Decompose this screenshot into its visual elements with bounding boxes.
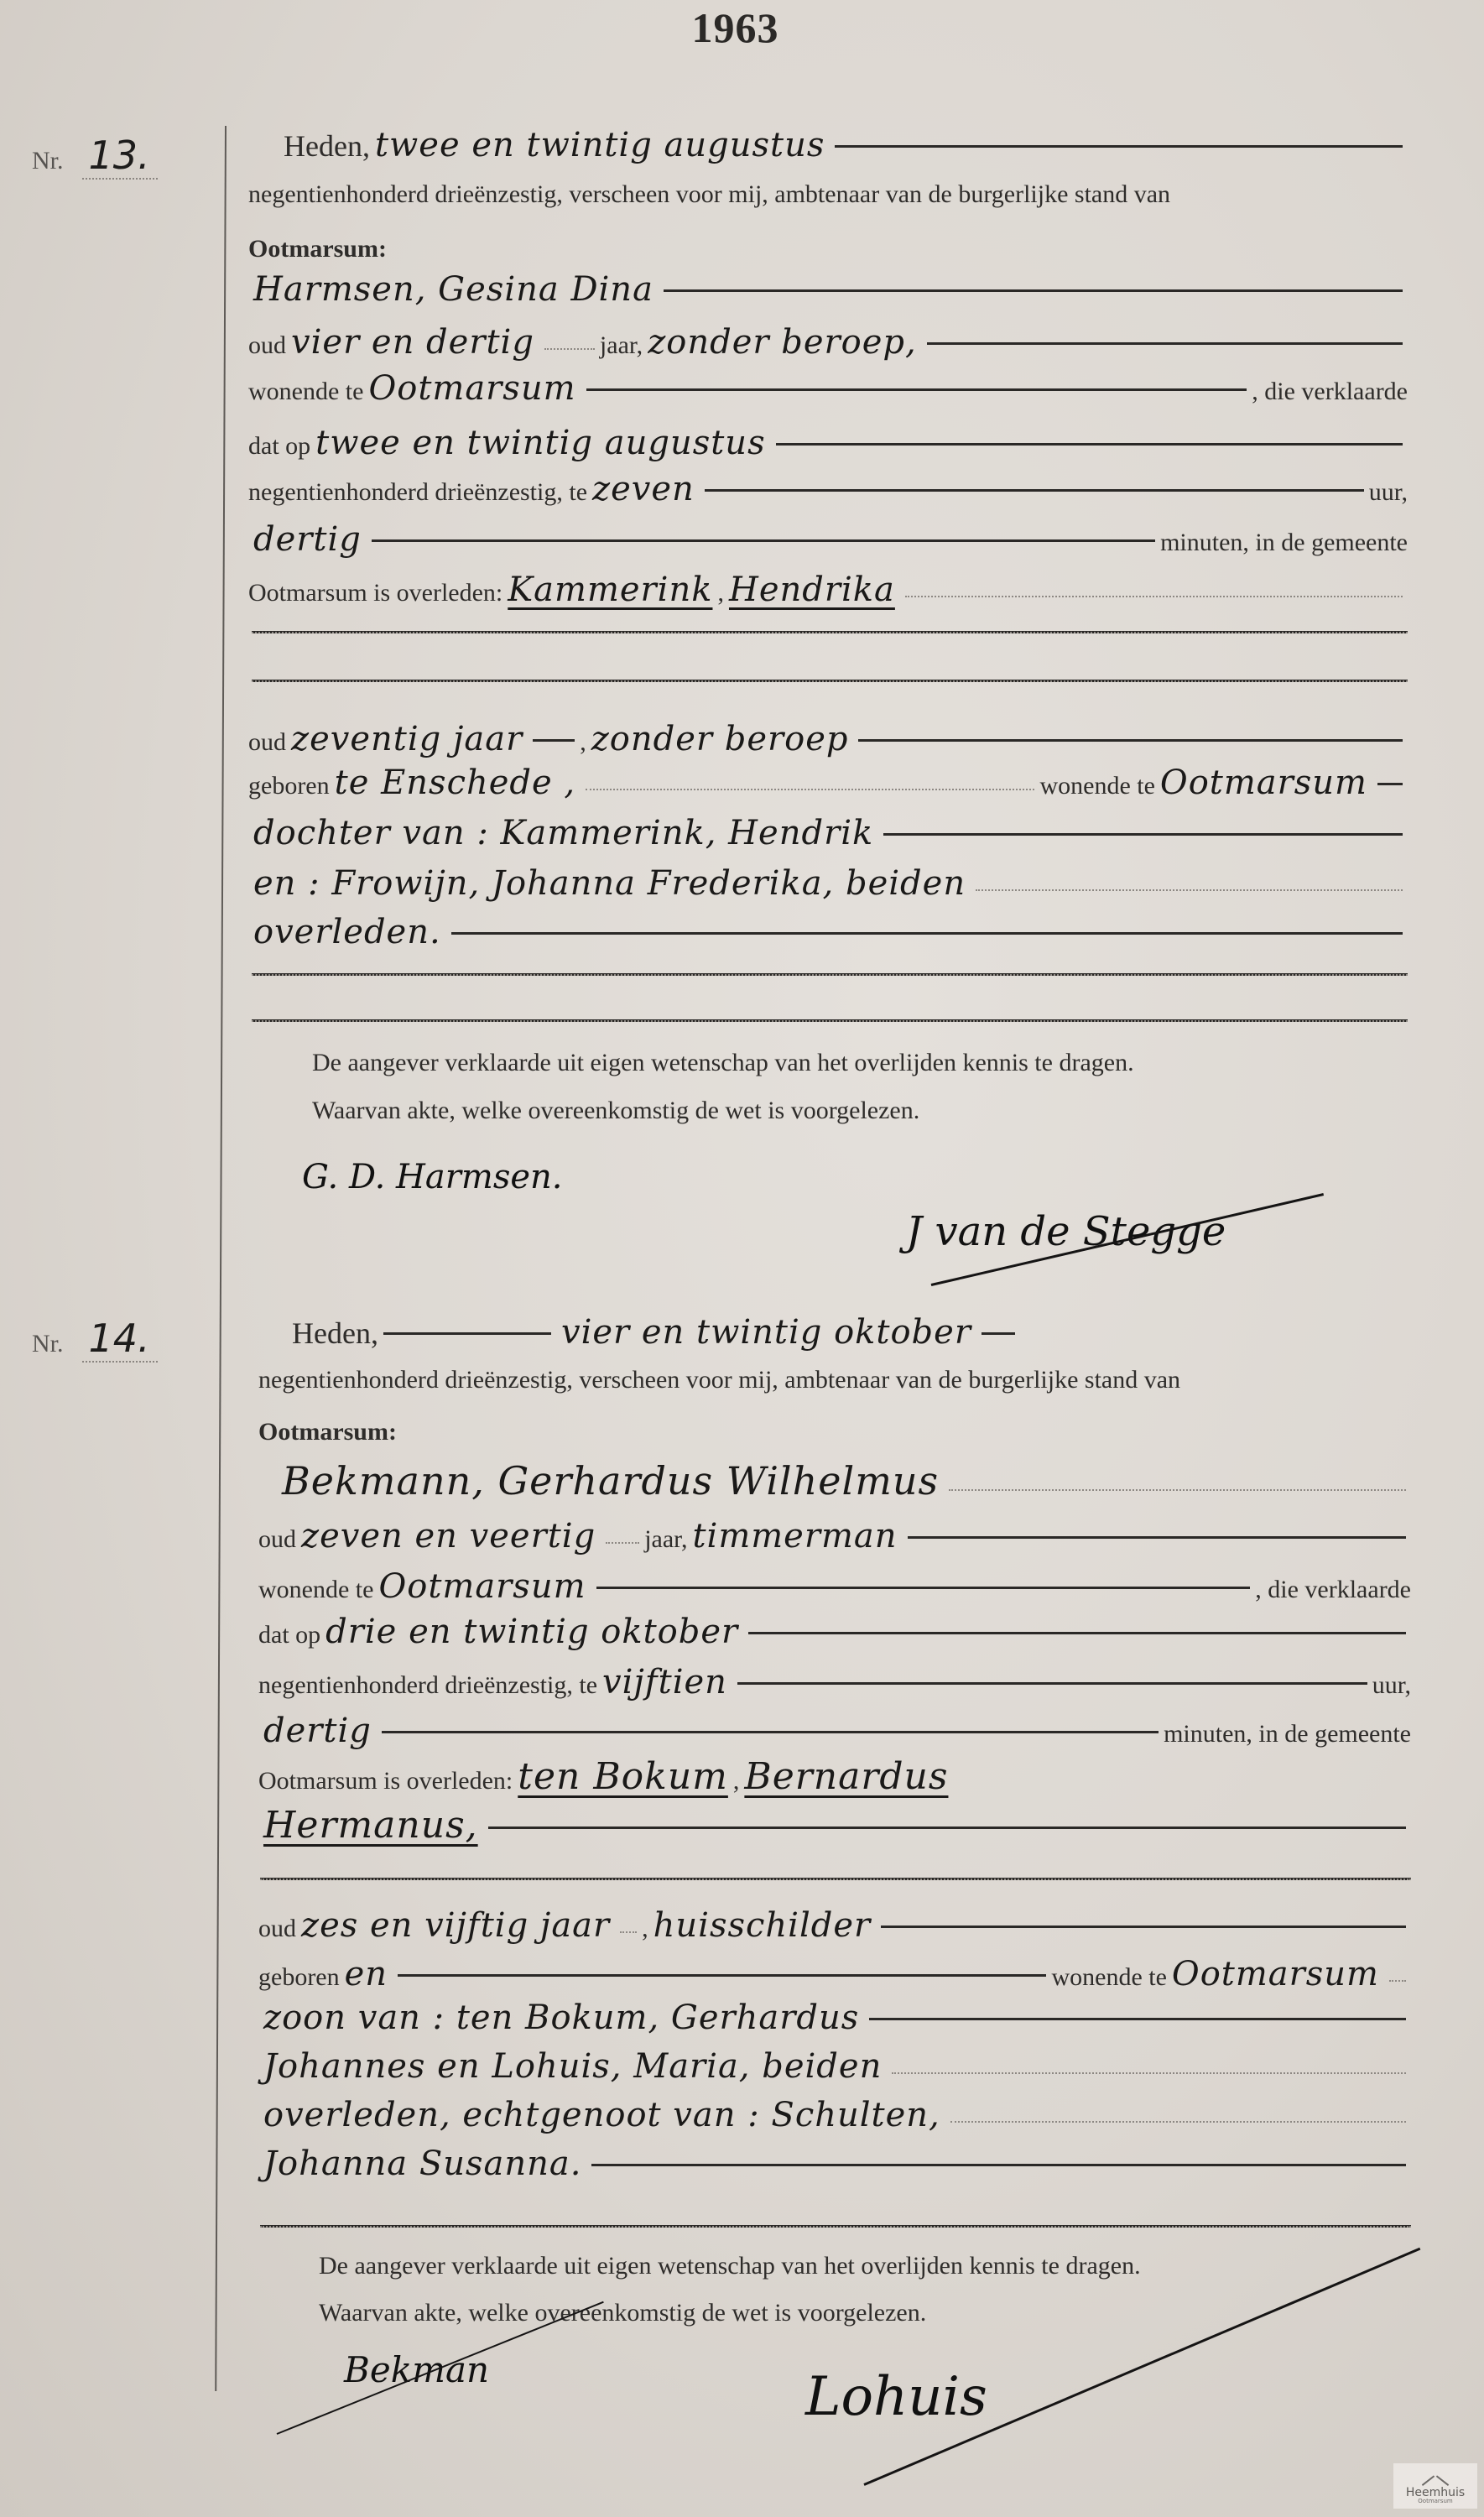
deceased-age-line: oud zes en vijftig jaar , huisschilder — [258, 1906, 1411, 1945]
deceased-age: zeventig jaar — [286, 720, 528, 758]
fill-line — [869, 2018, 1406, 2020]
dots — [620, 1931, 637, 1933]
fill-line — [858, 739, 1403, 742]
fill-line — [488, 1827, 1406, 1829]
die-verklaarde-label: , die verklaarde — [1252, 378, 1408, 406]
blank-rule — [252, 680, 1408, 682]
uur-label: uur, — [1372, 1671, 1411, 1700]
parents-text-2: en : Frowijn, Johanna Frederika, beiden — [248, 864, 971, 903]
verscheen-text: negentienhonderd drieënzestig, verscheen… — [248, 180, 1170, 209]
dots — [586, 789, 1034, 790]
dots — [892, 2072, 1406, 2074]
fill-line — [586, 388, 1247, 391]
fill-line — [533, 739, 575, 742]
declarant-age-line: oud vier en dertig jaar, zonder beroep, — [248, 323, 1408, 362]
deceased-given-name-2: Hermanus, — [258, 1804, 483, 1847]
geboren-label: geboren — [258, 1963, 340, 1992]
heden-line: Heden, twee en twintig augustus — [284, 126, 1408, 164]
signature-official: J van de Stegge — [906, 1208, 1226, 1255]
oud-label: oud — [258, 1525, 296, 1554]
fill-line — [451, 932, 1403, 935]
deceased-name-line: Ootmarsum is overleden: Kammerink , Hend… — [248, 571, 1408, 609]
parents-text-2: Johannes en Lohuis, Maria, beiden — [258, 2047, 887, 2086]
deceased-name-line: Ootmarsum is overleden: ten Bokum , Bern… — [258, 1755, 1411, 1798]
birthplace: te Enschede , — [330, 763, 581, 802]
act-date: twee en twintig augustus — [370, 126, 830, 164]
declarant-name-line: Harmsen, Gesina Dina — [248, 270, 1408, 309]
closing-statement-2: Waarvan akte, welke overeenkomstig de we… — [319, 2299, 926, 2327]
te-label: negentienhonderd drieënzestig, te — [258, 1671, 597, 1700]
municipality-line: Ootmarsum: — [258, 1418, 397, 1446]
geboren-label: geboren — [248, 772, 330, 800]
verscheen-line: negentienhonderd drieënzestig, verscheen… — [248, 180, 1170, 209]
birthplace-line: geboren en wonende te Ootmarsum — [258, 1955, 1411, 1993]
wonende-label: wonende te — [258, 1576, 373, 1604]
verscheen-text: negentienhonderd drieënzestig, verscheen… — [258, 1366, 1180, 1394]
fill-line — [835, 145, 1403, 148]
deceased-residence: Ootmarsum — [1167, 1955, 1384, 1993]
closing-statement-1: De aangever verklaarde uit eigen wetensc… — [319, 2252, 1141, 2280]
oud-label: oud — [258, 1915, 296, 1943]
municipality-label: Ootmarsum: — [258, 1418, 397, 1446]
death-hour: vijftien — [597, 1663, 732, 1701]
deceased-age: zes en vijftig jaar — [296, 1906, 615, 1945]
watermark-sub: Ootmarsum — [1418, 2499, 1452, 2505]
municipality-line: Ootmarsum: — [248, 235, 387, 263]
declarant-residence: Ootmarsum — [363, 369, 581, 408]
deceased-name-line-2: Hermanus, — [258, 1804, 1411, 1847]
is-overleden-label: Ootmarsum is overleden: — [248, 579, 502, 607]
heden-label: Heden, — [284, 128, 370, 164]
fill-line — [705, 489, 1364, 492]
wonende-label: wonende te — [1051, 1963, 1166, 1992]
declarant-residence: Ootmarsum — [373, 1567, 591, 1606]
dots — [1389, 1980, 1406, 1982]
declarant-age: vier en dertig — [286, 323, 539, 362]
birthplace: en — [340, 1955, 393, 1993]
death-minutes-line: dertig minuten, in de gemeente — [258, 1712, 1411, 1750]
deceased-surname: ten Bokum — [513, 1755, 733, 1798]
record-number: Nr. 13. — [32, 133, 158, 180]
dots — [905, 596, 1403, 597]
nr-label: Nr. — [32, 147, 64, 175]
death-hour: zeven — [587, 470, 700, 508]
fill-line — [748, 1632, 1406, 1634]
closing-statement-2: Waarvan akte, welke overeenkomstig de we… — [312, 1097, 919, 1125]
blank-rule — [252, 631, 1408, 633]
dots — [949, 1489, 1406, 1491]
wonende-label: wonende te — [1039, 772, 1154, 800]
parents-text-3: overleden, echtgenoot van : Schulten, — [258, 2096, 945, 2134]
dots — [544, 348, 595, 350]
declarant-age-line: oud zeven en veertig jaar, timmerman — [258, 1517, 1411, 1556]
page-year: 1963 — [0, 3, 1477, 52]
blank-rule — [252, 1019, 1408, 1022]
dat-op-label: dat op — [248, 432, 310, 461]
deceased-given-name: Hendrika — [724, 571, 900, 609]
heden-label: Heden, — [292, 1316, 378, 1351]
death-hour-line: negentienhonderd drieënzestig, te vijfti… — [258, 1663, 1411, 1701]
parents-line-1: dochter van : Kammerink, Hendrik — [248, 814, 1408, 852]
parents-line-2: en : Frowijn, Johanna Frederika, beiden — [248, 864, 1408, 903]
act-date: vier en twintig oktober — [556, 1313, 976, 1352]
municipality-label: Ootmarsum: — [248, 235, 387, 263]
minuten-label: minuten, in de gemeente — [1164, 1720, 1411, 1748]
parents-line-3: overleden. — [248, 913, 1408, 951]
uur-label: uur, — [1369, 478, 1408, 507]
death-minutes: dertig — [248, 520, 367, 559]
fill-line — [883, 833, 1403, 836]
parents-line-2: Johannes en Lohuis, Maria, beiden — [258, 2047, 1411, 2086]
oud-label: oud — [248, 331, 286, 360]
deceased-residence: Ootmarsum — [1155, 763, 1372, 802]
birthplace-line: geboren te Enschede , wonende te Ootmars… — [248, 763, 1408, 802]
minuten-label: minuten, in de gemeente — [1160, 529, 1408, 557]
verscheen-line: negentienhonderd drieënzestig, verscheen… — [258, 1366, 1180, 1394]
declarant-name-line: Bekmann, Gerhardus Wilhelmus — [277, 1458, 1411, 1503]
blank-rule — [260, 2225, 1411, 2228]
nr-value: 14. — [82, 1316, 158, 1363]
fill-line — [908, 1536, 1406, 1539]
parents-line-3: overleden, echtgenoot van : Schulten, — [258, 2096, 1411, 2134]
watermark-name: Heemhuis — [1406, 2487, 1465, 2499]
dots — [976, 889, 1403, 891]
fill-line — [927, 342, 1403, 345]
house-roof-icon — [1423, 2474, 1448, 2486]
deceased-occupation: huisschilder — [648, 1906, 877, 1945]
fill-line — [596, 1587, 1251, 1589]
parents-text-1: zoon van : ten Bokum, Gerhardus — [258, 1998, 864, 2037]
die-verklaarde-label: , die verklaarde — [1255, 1576, 1411, 1604]
deceased-occupation: zonder beroep — [586, 720, 854, 758]
record-number: Nr. 14. — [32, 1316, 158, 1363]
parents-text-3: overleden. — [248, 913, 446, 951]
signature-official: Lohuis — [805, 2366, 987, 2428]
nr-value: 13. — [82, 133, 158, 180]
fill-line — [1377, 783, 1403, 785]
deceased-age-line: oud zeventig jaar , zonder beroep — [248, 720, 1408, 758]
parents-line-1: zoon van : ten Bokum, Gerhardus — [258, 1998, 1411, 2037]
fill-line — [776, 443, 1403, 446]
dots — [950, 2121, 1406, 2123]
fill-line — [372, 539, 1155, 542]
death-date: drie en twintig oktober — [320, 1613, 743, 1651]
fill-line — [398, 1974, 1046, 1977]
fill-line — [383, 1332, 551, 1335]
fill-line — [591, 2164, 1406, 2166]
parents-line-4: Johanna Susanna. — [258, 2144, 1411, 2183]
nr-label: Nr. — [32, 1330, 64, 1358]
declarant-residence-line: wonende te Ootmarsum , die verklaarde — [258, 1567, 1411, 1606]
declarant-age: zeven en veertig — [296, 1517, 601, 1556]
fill-line — [982, 1332, 1015, 1335]
fill-line — [881, 1926, 1406, 1928]
declarant-residence-line: wonende te Ootmarsum , die verklaarde — [248, 369, 1408, 408]
dots — [606, 1542, 639, 1544]
death-date: twee en twintig augustus — [310, 424, 770, 462]
jaar-label: jaar, — [600, 331, 643, 360]
declarant-occupation: timmerman — [687, 1517, 902, 1556]
closing-statement-1: De aangever verklaarde uit eigen wetensc… — [312, 1049, 1134, 1077]
dat-op-label: dat op — [258, 1621, 320, 1649]
death-date-line: dat op twee en twintig augustus — [248, 424, 1408, 462]
fill-line — [664, 289, 1403, 292]
death-hour-line: negentienhonderd drieënzestig, te zeven … — [248, 470, 1408, 508]
blank-rule — [252, 973, 1408, 976]
fill-line — [737, 1682, 1367, 1685]
parents-text-4: Johanna Susanna. — [258, 2144, 586, 2183]
declarant-name: Harmsen, Gesina Dina — [248, 270, 659, 309]
parents-text-1: dochter van : Kammerink, Hendrik — [248, 814, 878, 852]
wonende-label: wonende te — [248, 378, 363, 406]
blank-rule — [260, 1878, 1411, 1880]
margin-rule — [215, 126, 227, 2391]
signature-declarant: G. D. Harmsen. — [302, 1158, 563, 1196]
deceased-surname: Kammerink — [502, 571, 717, 609]
declarant-name: Bekmann, Gerhardus Wilhelmus — [277, 1458, 944, 1503]
is-overleden-label: Ootmarsum is overleden: — [258, 1767, 513, 1795]
oud-label: oud — [248, 728, 286, 757]
heden-line: Heden, vier en twintig oktober — [292, 1313, 1412, 1352]
death-minutes: dertig — [258, 1712, 377, 1750]
death-date-line: dat op drie en twintig oktober — [258, 1613, 1411, 1651]
fill-line — [382, 1731, 1159, 1733]
death-minutes-line: dertig minuten, in de gemeente — [248, 520, 1408, 559]
declarant-occupation: zonder beroep, — [643, 323, 922, 362]
jaar-label: jaar, — [644, 1525, 687, 1554]
heemhuis-watermark: Heemhuis Ootmarsum — [1393, 2463, 1477, 2509]
te-label: negentienhonderd drieënzestig, te — [248, 478, 587, 507]
deceased-given-name: Bernardus — [739, 1755, 953, 1798]
